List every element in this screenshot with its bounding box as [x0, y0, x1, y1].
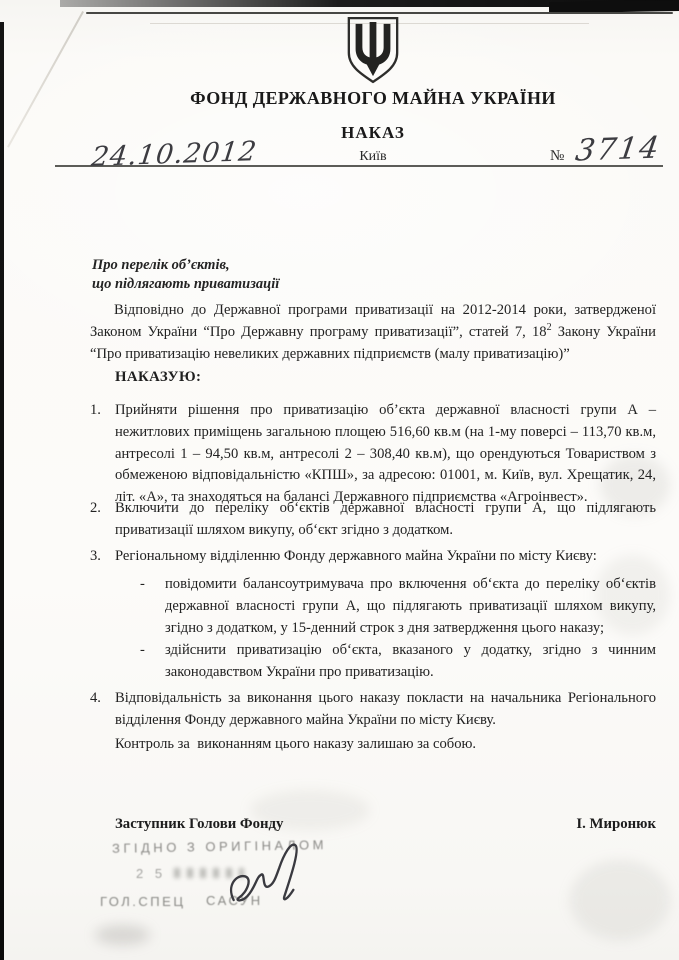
subitem-dash: - [140, 640, 145, 662]
scan-left-edge-shadow [0, 22, 4, 960]
item-text: Прийняти рішення про приватизацію об’єкт… [115, 402, 656, 505]
item-text: Регіональному відділенню Фонду державног… [115, 548, 597, 564]
subitem-text: повідомити балансоутримувача про включен… [165, 576, 656, 636]
scanned-document-page: ФОНД ДЕРЖАВНОГО МАЙНА УКРАЇНИ НАКАЗ 24.1… [0, 0, 679, 960]
signatory-name: І. Миронюк [520, 816, 656, 833]
control-line: Контроль за виконанням цього наказу зали… [115, 736, 476, 753]
subject-line-1: Про перелік об’єктів, [92, 256, 279, 275]
item-text: Відповідальність за виконання цього нака… [115, 690, 656, 728]
paper-corner-crease-line [7, 11, 84, 148]
city-label: Київ [90, 149, 656, 165]
stamp-role: ГОЛ.СПЕЦ [100, 894, 185, 909]
order-item-2: 2. Включити до переліку об‘єктів державн… [115, 498, 656, 542]
order-item-3-subitem-1: - повідомити балансоутримувача про включ… [165, 574, 656, 639]
number-sign: № [550, 148, 564, 165]
organization-name: ФОНД ДЕРЖАВНОГО МАЙНА УКРАЇНИ [90, 88, 656, 109]
preamble-paragraph: Відповідно до Державної програми привати… [90, 300, 656, 365]
order-item-1: 1. Прийняти рішення про приватизацію об’… [115, 400, 656, 509]
order-heading: НАКАЗУЮ: [115, 369, 201, 386]
subitem-text: здійснити приватизацію об‘єкта, вказаног… [165, 642, 656, 680]
item-number: 2. [90, 498, 101, 520]
subject-block: Про перелік об’єктів, що підлягають прив… [92, 256, 279, 294]
signatory-position: Заступник Голови Фонду [115, 816, 283, 833]
subitem-dash: - [140, 574, 145, 596]
order-item-4: 4. Відповідальність за виконання цього н… [115, 688, 656, 732]
item-number: 1. [90, 400, 101, 422]
stamp-date-digits: 2 5 [136, 866, 166, 881]
order-item-3: 3. Регіональному відділенню Фонду держав… [115, 546, 656, 568]
ukraine-trident-emblem [344, 14, 402, 91]
handwritten-signature-scribble [208, 835, 324, 929]
item-number: 4. [90, 688, 101, 710]
item-number: 3. [90, 546, 101, 568]
item-text: Включити до переліку об‘єктів державної … [115, 500, 656, 538]
subject-line-2: що підлягають приватизації [92, 275, 279, 294]
order-item-3-subitem-2: - здійснити приватизацію об‘єкта, вказан… [165, 640, 656, 684]
scan-smudge [570, 860, 670, 940]
scan-smudge [95, 925, 150, 945]
handwritten-document-number: 3714 [573, 131, 663, 169]
